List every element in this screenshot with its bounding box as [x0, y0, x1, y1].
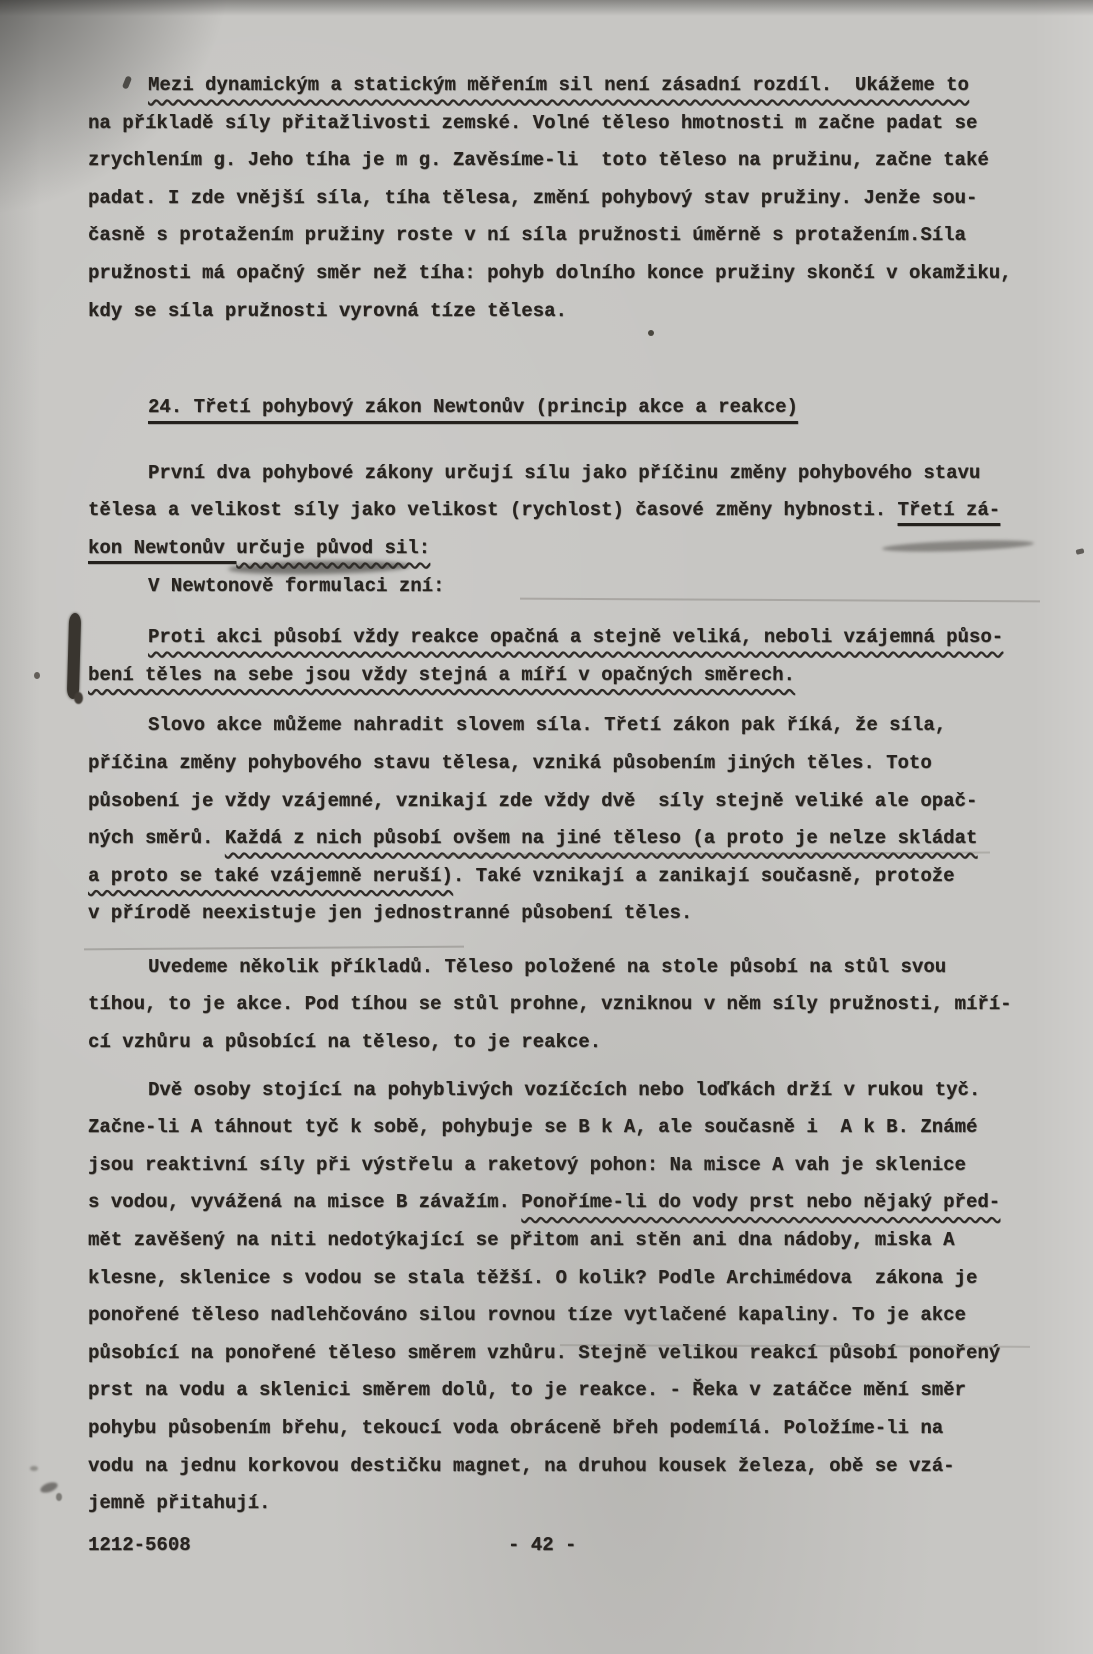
- text-line: 24. Třetí pohybový zákon Newtonův (princ…: [88, 389, 1028, 427]
- paragraph-dynamic-static: Mezi dynamickým a statickým měřením sil …: [88, 67, 1028, 330]
- text-line: tělesa a velikost síly jako velikost (ry…: [88, 492, 1028, 530]
- text-line: První dva pohybové zákony určují sílu ja…: [88, 455, 1028, 493]
- text-line: s vodou, vyvážená na misce B závažím. Po…: [88, 1184, 1028, 1222]
- text-line: klesne, sklenice s vodou se stala těžší.…: [88, 1260, 1028, 1298]
- document-text-block: Mezi dynamickým a statickým měřením sil …: [88, 67, 1028, 1523]
- text-line: Začne-li A táhnout tyč k sobě, pohybuje …: [88, 1109, 1028, 1147]
- text-line: padat. I zde vnější síla, tíha tělesa, z…: [88, 180, 1028, 218]
- underlined-text: Ponoříme-li do vody prst nebo nějaký pře…: [521, 1191, 1000, 1213]
- text-line: Uvedeme několik příkladů. Těleso položen…: [88, 949, 1028, 987]
- newton-third-law-quote: Proti akci působí vždy reakce opačná a s…: [88, 619, 1028, 694]
- text-line: Dvě osoby stojící na pohyblivých vozíčcí…: [88, 1072, 1028, 1110]
- text-line: ných směrů. Každá z nich působí ovšem na…: [88, 820, 1028, 858]
- margin-smudge: [30, 1466, 38, 1471]
- text-line: V Newtonově formulaci zní:: [88, 568, 1028, 606]
- plain-text: ných směrů.: [88, 827, 225, 849]
- text-line: vodu na jednu korkovou destičku magnet, …: [88, 1448, 1028, 1486]
- page-number: - 42 -: [508, 1527, 576, 1565]
- underlined-text: Každá z nich působí ovšem na jiné těleso…: [225, 827, 978, 849]
- text-line: kdy se síla pružnosti vyrovná tíze těles…: [88, 293, 1028, 331]
- plain-text: tělesa a velikost síly jako velikost (ry…: [88, 499, 898, 521]
- text-line: působení je vždy vzájemné, vznikají zde …: [88, 783, 1028, 821]
- plain-text: s vodou, vyvážená na misce B závažím.: [88, 1191, 521, 1213]
- underlined-text: kon Newtonův: [88, 537, 236, 559]
- text-line: prst na vodu a sklenici směrem dolů, to …: [88, 1372, 1028, 1410]
- margin-ink-stroke-tail: [74, 692, 83, 704]
- section-heading: 24. Třetí pohybový zákon Newtonův (princ…: [148, 396, 798, 418]
- text-line: ponořené těleso nadlehčováno silou rovno…: [88, 1297, 1028, 1335]
- underlined-text: Mezi dynamickým a statickým měřením sil …: [148, 74, 969, 96]
- text-line: zrychlením g. Jeho tíha je m g. Zavěsíme…: [88, 142, 1028, 180]
- margin-smudge: [39, 1480, 59, 1495]
- text-line: tíhou, to je akce. Pod tíhou se stůl pro…: [88, 986, 1028, 1024]
- underlined-text: a proto se také vzájemně neruší): [88, 865, 453, 887]
- text-line: na příkladě síly přitažlivosti zemské. V…: [88, 105, 1028, 143]
- paragraph-dve-osoby: Dvě osoby stojící na pohyblivých vozíčcí…: [88, 1072, 1028, 1523]
- text-line: bení těles na sebe jsou vždy stejná a mí…: [88, 657, 1028, 695]
- text-line: kon Newtonův určuje původ sil:: [88, 530, 1028, 568]
- text-line: Mezi dynamickým a statickým měřením sil …: [88, 67, 1028, 105]
- text-line: mět zavěšený na niti nedotýkající se při…: [88, 1222, 1028, 1260]
- margin-dot: [34, 672, 40, 679]
- text-line: jsou reaktivní síly při výstřelu a raket…: [88, 1147, 1028, 1185]
- print-code: 1212-5608: [88, 1527, 191, 1565]
- margin-ink-stroke: [67, 613, 81, 699]
- text-line: cí vzhůru a působící na těleso, to je re…: [88, 1024, 1028, 1062]
- text-line: časně s protažením pružiny roste v ní sí…: [88, 217, 1028, 255]
- text-line: Proti akci působí vždy reakce opačná a s…: [88, 619, 1028, 657]
- paragraph-slovo-akce: Slovo akce můžeme nahradit slovem síla. …: [88, 707, 1028, 933]
- scanned-document-page: Mezi dynamickým a statickým měřením sil …: [0, 0, 1093, 1654]
- section-24: 24. Třetí pohybový zákon Newtonův (princ…: [88, 389, 1028, 427]
- text-line: působící na ponořené těleso směrem vzhůr…: [88, 1335, 1028, 1373]
- text-line: Slovo akce můžeme nahradit slovem síla. …: [88, 707, 1028, 745]
- underlined-text: Třetí zá-: [898, 499, 1001, 521]
- text-line: jemně přitahují.: [88, 1485, 1028, 1523]
- margin-comma-mark: [1076, 548, 1085, 555]
- text-line: pohybu působením břehu, tekoucí voda obr…: [88, 1410, 1028, 1448]
- paragraph-first-two-laws: První dva pohybové zákony určují sílu ja…: [88, 455, 1028, 605]
- page-footer: 1212-5608 - 42 -: [88, 1527, 1028, 1565]
- paragraph-priklady: Uvedeme několik příkladů. Těleso položen…: [88, 949, 1028, 1062]
- underlined-text: Proti akci působí vždy reakce opačná a s…: [148, 626, 1003, 648]
- text-line: a proto se také vzájemně neruší). Také v…: [88, 858, 1028, 896]
- underlined-text: bení těles na sebe jsou vždy stejná a mí…: [88, 664, 795, 686]
- underlined-text: určuje původ sil:: [236, 537, 430, 559]
- text-line: pružnosti má opačný směr než tíha: pohyb…: [88, 255, 1028, 293]
- text-line: příčina změny pohybového stavu tělesa, v…: [88, 745, 1028, 783]
- text-line: v přírodě neexistuje jen jednostranné pů…: [88, 895, 1028, 933]
- margin-smudge: [56, 1493, 62, 1501]
- plain-text: . Také vznikají a zanikají současně, pro…: [453, 865, 955, 887]
